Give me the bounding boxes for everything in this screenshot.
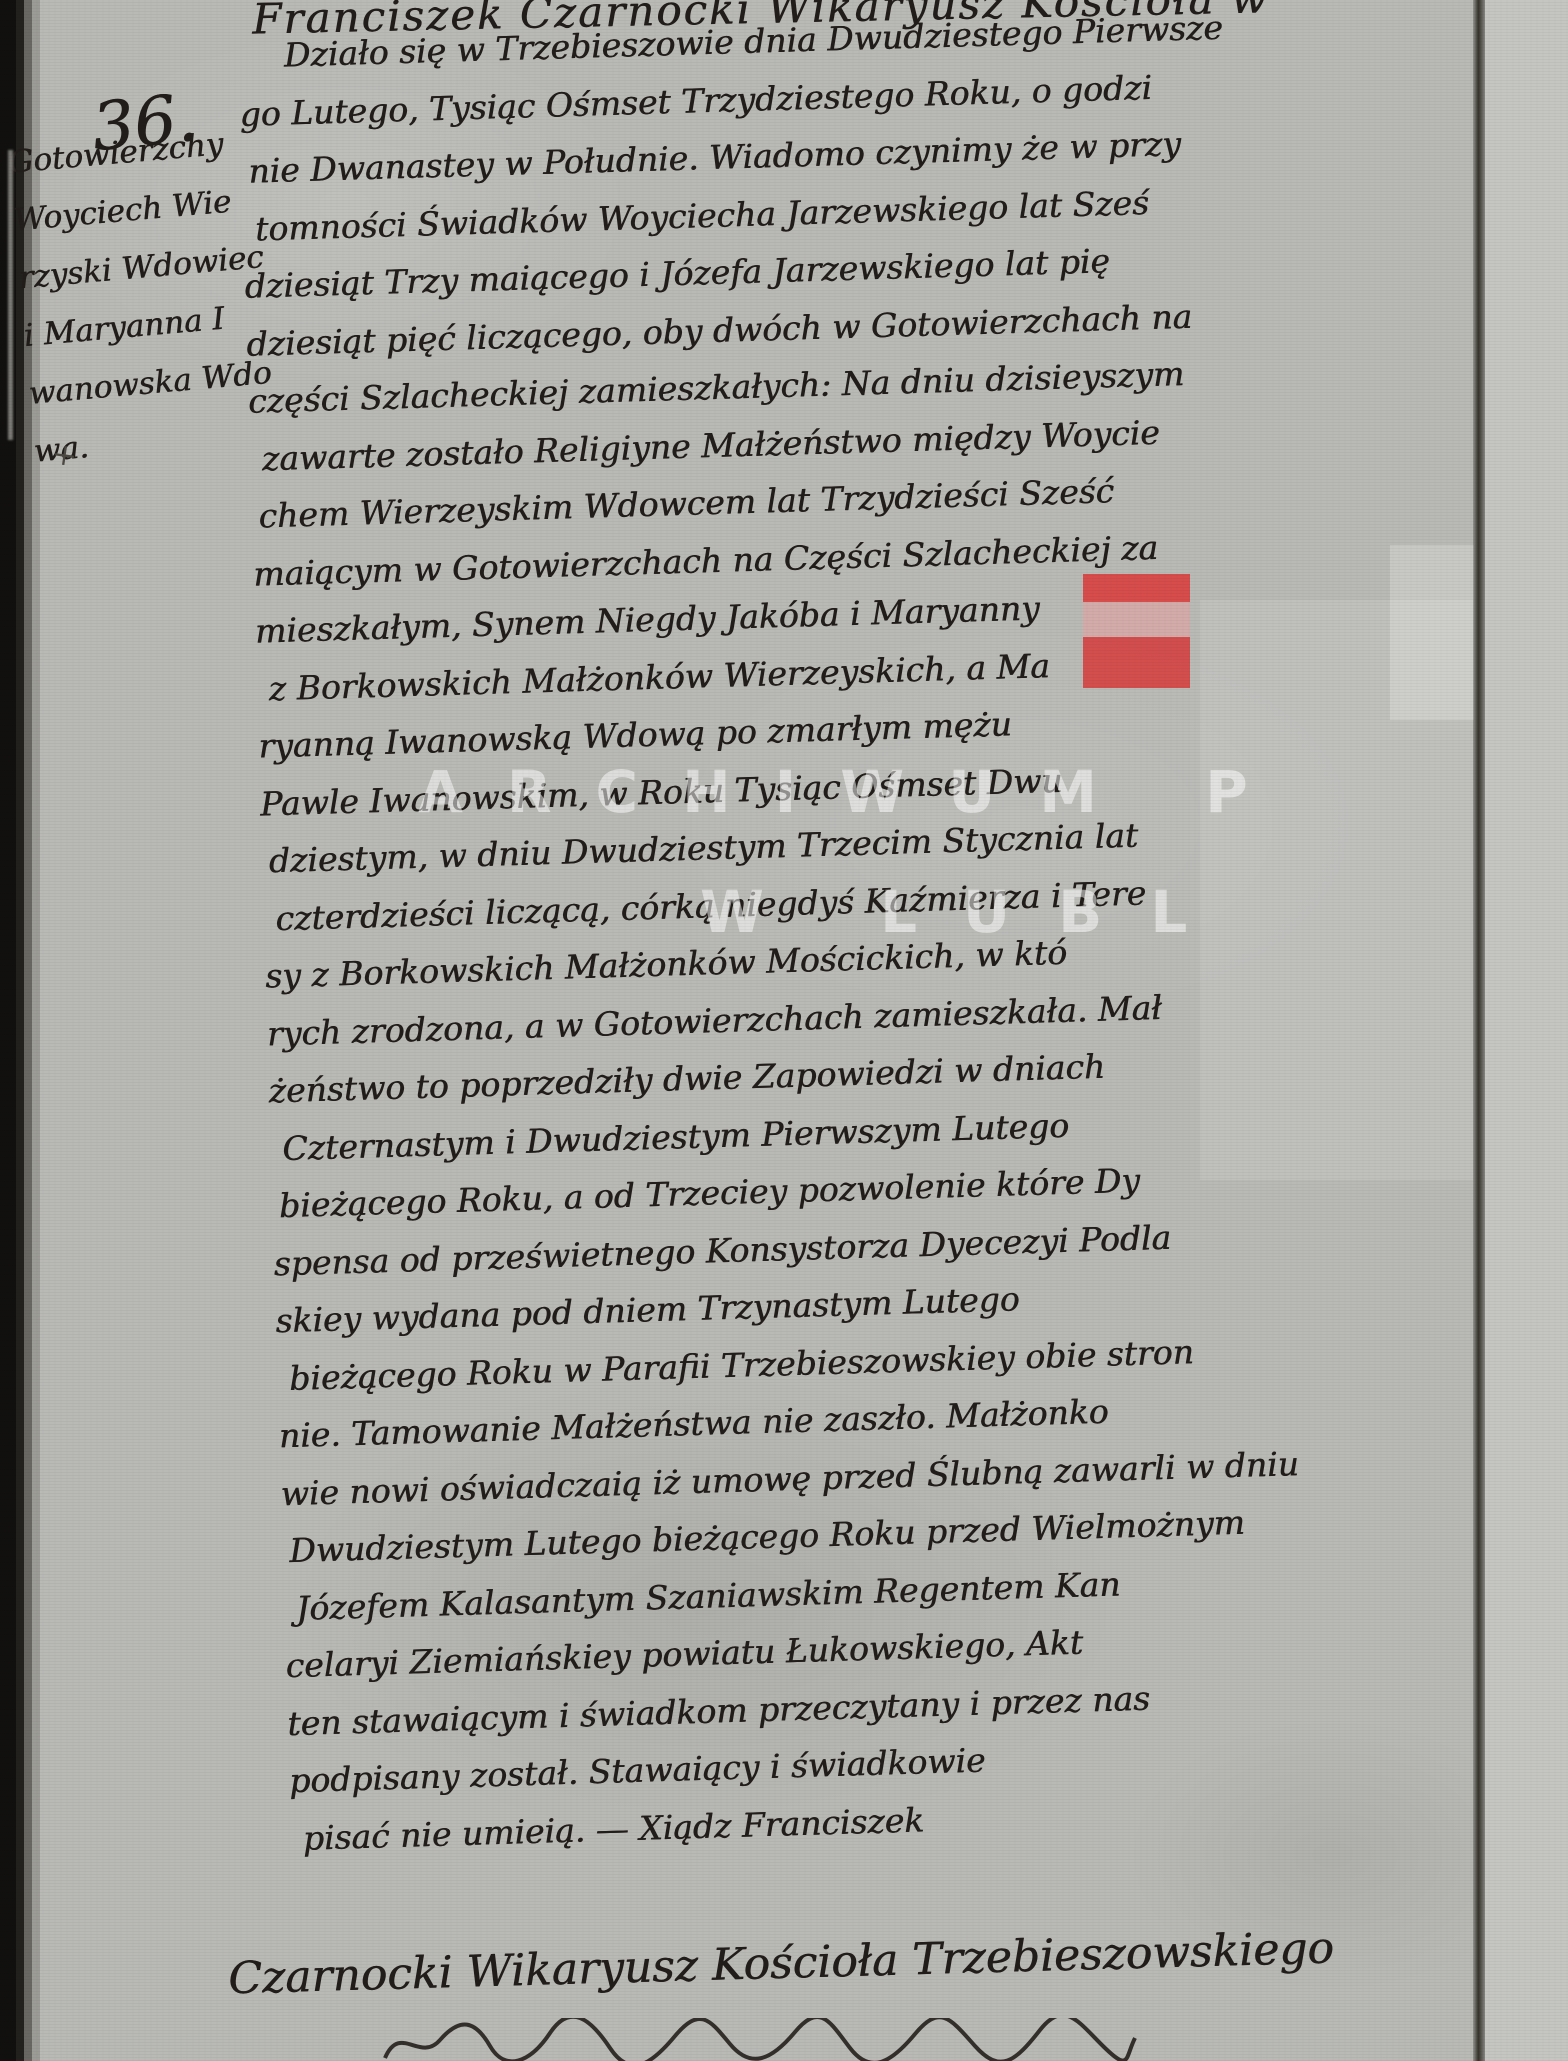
scan-light-patch	[1200, 600, 1473, 1180]
red-highlight-top-band	[1083, 574, 1190, 602]
red-highlight-middle-band	[1083, 602, 1190, 637]
act-body-text: Działo się w Trzebieszowie dnia Dwudzies…	[237, 0, 1241, 1867]
adjacent-page-strip	[1485, 0, 1568, 2061]
priest-signature: Czarnocki Wikaryusz Kościoła Trzebieszow…	[228, 1923, 1335, 2005]
margin-note: Gotowierzchy Woyciech Wie rzyski Wdowiec…	[6, 113, 281, 481]
page-edge-rule	[1473, 0, 1485, 2061]
red-highlight-annotation	[1083, 574, 1190, 688]
scanned-register-page: ARCHIWUM P W LUBL Franciszek Czarnocki W…	[0, 0, 1568, 2061]
pencil-cross-mark: +	[50, 436, 80, 474]
binding-light-streak	[8, 150, 13, 440]
red-highlight-bottom-band	[1083, 637, 1190, 688]
scan-light-patch	[1390, 545, 1474, 720]
cutoff-handwriting-line	[380, 2018, 1140, 2061]
